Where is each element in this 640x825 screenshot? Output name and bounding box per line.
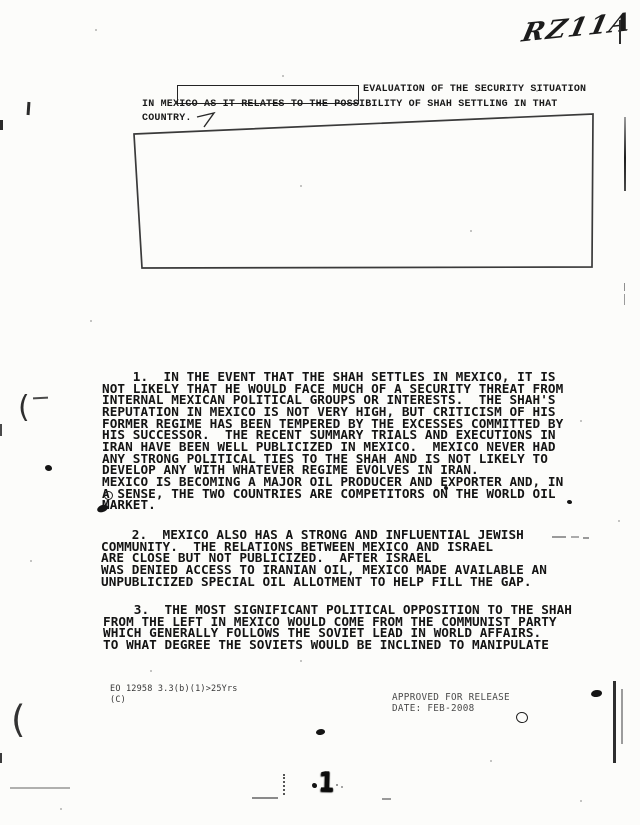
margin-paren-mark: ( bbox=[11, 698, 25, 741]
scan-artifact-dash bbox=[382, 798, 391, 800]
scan-artifact-dash bbox=[10, 787, 70, 789]
scan-artifact-dash bbox=[571, 536, 579, 538]
paper-speck bbox=[618, 520, 620, 522]
scan-artifact-dash bbox=[583, 537, 589, 539]
ink-speck bbox=[336, 784, 338, 786]
scan-artifact-line bbox=[624, 117, 626, 191]
paper-speck bbox=[300, 660, 302, 662]
margin-paren-mark: ( bbox=[18, 390, 30, 425]
scan-edge-artifact bbox=[0, 424, 2, 436]
ink-blot bbox=[45, 465, 52, 471]
smudge-mark bbox=[283, 774, 285, 795]
scan-edge-artifact bbox=[0, 753, 2, 763]
ink-speck bbox=[567, 500, 572, 504]
scanned-document-page: RZ11A EVALUATION OF THE SECURITY SITUATI… bbox=[0, 0, 640, 825]
scan-artifact-dash bbox=[252, 797, 278, 799]
scan-artifact-dash bbox=[624, 283, 625, 291]
paper-speck bbox=[30, 560, 32, 562]
scan-artifact-dash bbox=[552, 536, 566, 538]
paragraph-1: 1. IN THE EVENT THAT THE SHAH SETTLES IN… bbox=[102, 371, 563, 511]
ink-circle-mark bbox=[104, 491, 113, 500]
paper-speck bbox=[580, 420, 582, 422]
paper-speck bbox=[470, 230, 472, 232]
paper-speck bbox=[150, 670, 152, 672]
proofreader-mark bbox=[197, 113, 214, 127]
paper-speck bbox=[60, 808, 62, 810]
paper-speck bbox=[580, 800, 582, 802]
scan-edge-artifact bbox=[0, 120, 3, 130]
ink-speck bbox=[444, 486, 448, 490]
paragraph-2: 2. MEXICO ALSO HAS A STRONG AND INFLUENT… bbox=[101, 529, 547, 587]
scan-artifact-dash bbox=[624, 294, 625, 305]
release-stamp: APPROVED FOR RELEASE DATE: FEB-2008 bbox=[392, 692, 510, 714]
paper-speck bbox=[490, 760, 492, 762]
paper-speck bbox=[95, 29, 97, 31]
paper-speck bbox=[282, 75, 284, 77]
page-number: 1 bbox=[318, 767, 335, 798]
declassification-stamp: EO 12958 3.3(b)(1)>25Yrs (C) bbox=[110, 684, 238, 706]
scan-artifact-line bbox=[613, 681, 616, 763]
scan-artifact-line bbox=[621, 689, 623, 744]
ink-speck bbox=[341, 786, 343, 788]
ink-speck bbox=[312, 783, 317, 788]
paper-speck bbox=[536, 90, 538, 92]
paper-speck bbox=[300, 185, 302, 187]
paragraph-3: 3. THE MOST SIGNIFICANT POLITICAL OPPOSI… bbox=[103, 604, 572, 651]
paper-speck bbox=[90, 320, 92, 322]
